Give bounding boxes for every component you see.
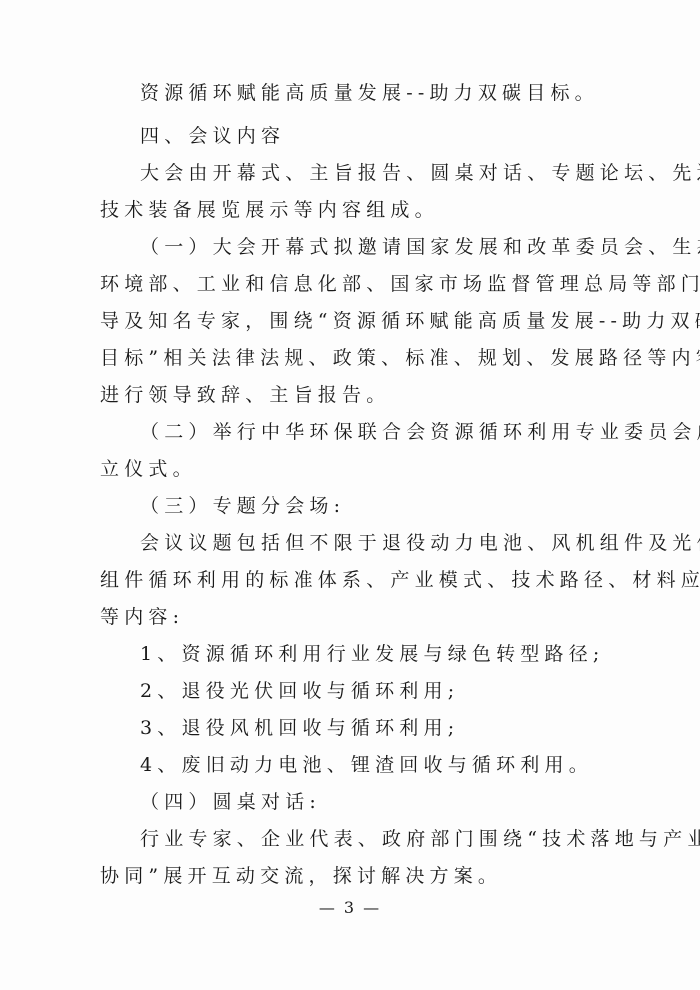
page-number: — 3 — — [0, 898, 700, 917]
text-line: 导及知名专家，围绕“资源循环赋能高质量发展--助力双碳 — [100, 310, 700, 332]
text-line-objective: 资源循环赋能高质量发展--助力双碳目标。 — [140, 82, 599, 104]
subheading-committee-ceremony: （二）举行中华环保联合会资源循环利用专业委员会成 — [140, 421, 700, 443]
text-line: 协同”展开互动交流，探讨解决方案。 — [100, 865, 502, 887]
document-page: 资源循环赋能高质量发展--助力双碳目标。 四、会议内容 大会由开幕式、主旨报告、… — [0, 0, 700, 990]
list-item-2: 2、退役光伏回收与循环利用; — [140, 680, 459, 702]
text-line: 行业专家、企业代表、政府部门围绕“技术落地与产业 — [140, 828, 700, 850]
text-line: 目标”相关法律法规、政策、标准、规划、发展路径等内容 — [100, 347, 700, 369]
subheading-topic-sessions: （三）专题分会场: — [140, 495, 345, 517]
list-item-1: 1、资源循环利用行业发展与绿色转型路径; — [140, 643, 605, 665]
text-line: 组件循环利用的标准体系、产业模式、技术路径、材料应用 — [100, 569, 700, 591]
subheading-opening-ceremony: （一）大会开幕式拟邀请国家发展和改革委员会、生态 — [140, 236, 700, 258]
section-heading-meeting-content: 四、会议内容 — [140, 125, 285, 147]
list-item-4: 4、废旧动力电池、锂渣回收与循环利用。 — [140, 754, 593, 776]
text-line: 等内容: — [100, 606, 184, 628]
text-line: 环境部、工业和信息化部、国家市场监督管理总局等部门领 — [100, 273, 700, 295]
text-line: 大会由开幕式、主旨报告、圆桌对话、专题论坛、先进 — [140, 162, 700, 184]
text-line: 技术装备展览展示等内容组成。 — [100, 199, 439, 221]
subheading-roundtable: （四）圆桌对话: — [140, 791, 321, 813]
text-line: 进行领导致辞、主旨报告。 — [100, 384, 390, 406]
text-line: 立仪式。 — [100, 458, 197, 480]
text-line: 会议议题包括但不限于退役动力电池、风机组件及光伏 — [140, 532, 700, 554]
list-item-3: 3、退役风机回收与循环利用; — [140, 717, 459, 739]
